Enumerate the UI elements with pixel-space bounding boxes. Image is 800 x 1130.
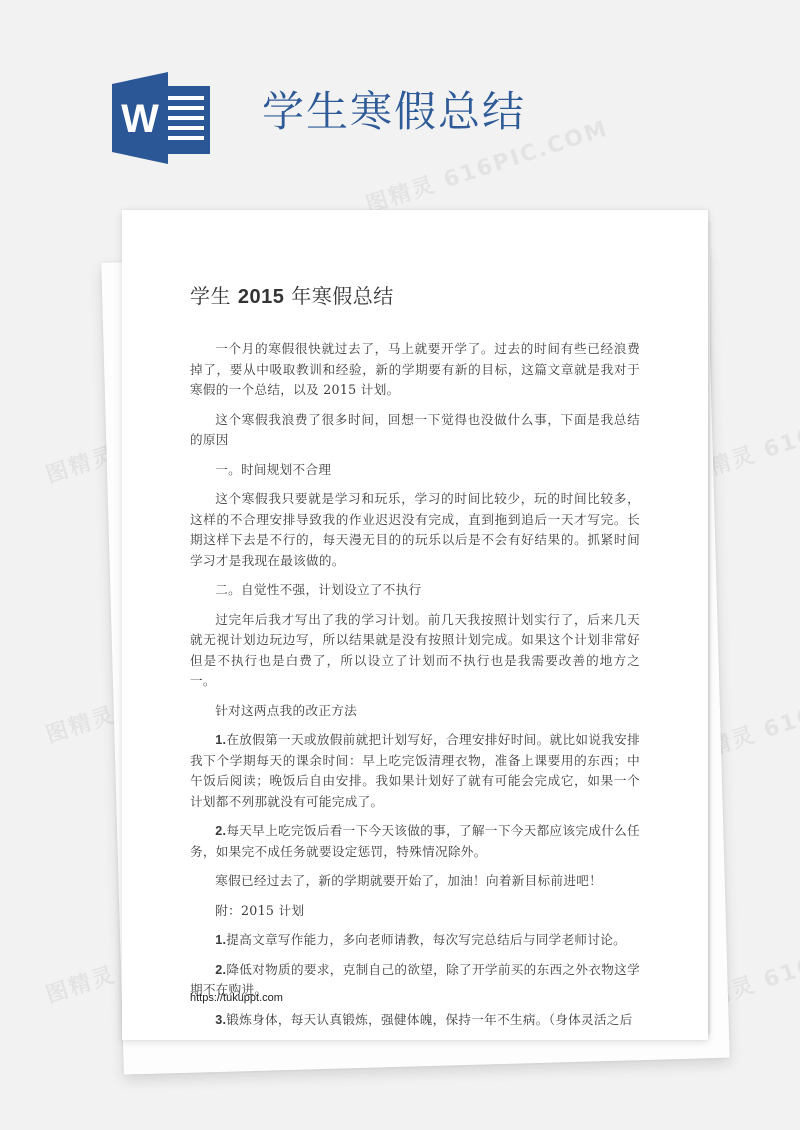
section-heading: 针对这两点我的改正方法 — [190, 701, 640, 722]
word-document-icon: W — [112, 72, 214, 164]
document-title: 学生 2015 年寒假总结 — [190, 280, 640, 309]
document-page: 学生 2015 年寒假总结 一个月的寒假很快就过去了，马上就要开学了。过去的时间… — [122, 210, 708, 1040]
header: W 学生寒假总结 — [0, 0, 800, 200]
header-title: 学生寒假总结 — [262, 86, 526, 138]
paragraph: 寒假已经过去了，新的学期就要开始了，加油！向着新目标前进吧！ — [190, 871, 640, 892]
section-heading: 二。自觉性不强，计划设立了不执行 — [190, 580, 640, 601]
paragraph: 这个寒假我只要就是学习和玩乐，学习的时间比较少，玩的时间比较多，这样的不合理安排… — [190, 489, 640, 571]
svg-text:W: W — [121, 97, 159, 141]
paragraph: 一个月的寒假很快就过去了，马上就要开学了。过去的时间有些已经浪费掉了，要从中吸取… — [190, 339, 640, 401]
document-body: 学生 2015 年寒假总结 一个月的寒假很快就过去了，马上就要开学了。过去的时间… — [190, 280, 640, 1039]
paragraph: 过完年后我才写出了我的学习计划。前几天我按照计划实行了，后来几天就无视计划边玩边… — [190, 610, 640, 692]
paragraph: 这个寒假我浪费了很多时间，回想一下觉得也没做什么事，下面是我总结的原因 — [190, 410, 640, 451]
list-item: 1.在放假第一天或放假前就把计划写好，合理安排好时间。就比如说我安排我下个学期每… — [190, 730, 640, 812]
list-item: 3.锻炼身体，每天认真锻炼，强健体魄，保持一年不生病。（身体灵活之后 — [190, 1010, 640, 1031]
section-heading: 附：2015 计划 — [190, 901, 640, 922]
list-item: 2.每天早上吃完饭后看一下今天该做的事，了解一下今天都应该完成什么任务，如果完不… — [190, 821, 640, 862]
footer-url[interactable]: https://tukuppt.com — [190, 992, 283, 1004]
list-item: 1.提高文章写作能力，多向老师请教，每次写完总结后与同学老师讨论。 — [190, 930, 640, 951]
section-heading: 一。时间规划不合理 — [190, 460, 640, 481]
